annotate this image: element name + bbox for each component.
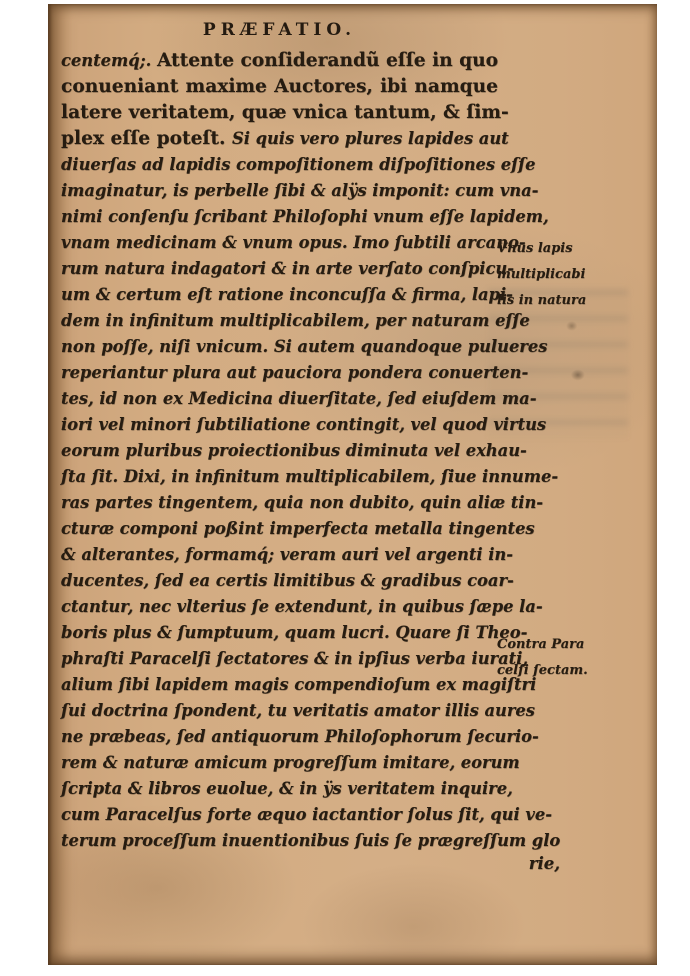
text-line: diuerſas ad lapidis compoſitionem diſpoſ… (61, 152, 498, 178)
text-line: non poſſe, niſi vnicum. Si autem quandoq… (61, 334, 498, 360)
margin-note-contra-paracelsi: Contra Paracelſi ſectam. (497, 632, 615, 684)
text-line: rum natura indagatori & in arte verſato … (61, 256, 498, 282)
text-line: alium ſibi lapidem magis compendioſum ex… (61, 672, 498, 698)
margin-note-line: Contra Para (497, 632, 615, 658)
text-line: ſcripta & libros euolue, & in ÿs veritat… (61, 776, 498, 802)
text-line: & alterantes, formamq́; veram auri vel a… (61, 542, 498, 568)
text-line: um & certum eſt ratione inconcuſſa & fir… (61, 282, 498, 308)
book-page: PRÆFATIO. centemq́;. Attente conſiderand… (48, 4, 657, 965)
text-line: cum Paracelſus forte æquo iactantior ſol… (61, 802, 498, 828)
text-line: iori vel minori ſubtiliatione contingit,… (61, 412, 498, 438)
margin-note-line: lis in natura (497, 288, 615, 314)
text-line: dem in infinitum multiplicabilem, per na… (61, 308, 498, 334)
text-line: ne præbeas, ſed antiquorum Philoſophorum… (61, 724, 498, 750)
text-line: ctantur, nec vlterius ſe extendunt, in q… (61, 594, 498, 620)
text-line: rem & naturæ amicum progreſſum imitare, … (61, 750, 498, 776)
text-line: latere veritatem, quæ vnica tantum, & ſi… (61, 100, 498, 126)
catchword: rie, (468, 854, 560, 873)
text-line: imaginatur, is perbelle ſibi & alÿs impo… (61, 178, 498, 204)
text-line: reperiantur plura aut pauciora pondera c… (61, 360, 498, 386)
text-line: boris plus & ſumptuum, quam lucri. Quare… (61, 620, 498, 646)
text-line: eorum pluribus proiectionibus diminuta v… (61, 438, 498, 464)
margin-note-line: multiplicabi (497, 262, 615, 288)
margin-note-line: celſi ſectam. (497, 658, 615, 684)
text-line: tes, id non ex Medicina diuerſitate, ſed… (61, 386, 498, 412)
text-line: vnam medicinam & vnum opus. Imo ſubtili … (61, 230, 498, 256)
main-text: centemq́;. Attente conſiderandũ eſſe in … (61, 48, 498, 854)
text-line: ducentes, ſed ea certis limitibus & grad… (61, 568, 498, 594)
text-line: ſta ſit. Dixi, in infinitum multiplicabi… (61, 464, 498, 490)
text-line: conueniant maxime Auctores, ibi namque (61, 74, 498, 100)
margin-note-unus-lapis: Vnus lapismultiplicabilis in natura (497, 236, 615, 314)
text-line: ſui doctrina ſpondent, tu veritatis amat… (61, 698, 498, 724)
text-line: ras partes tingentem, quia non dubito, q… (61, 490, 498, 516)
text-line: phraſti Paracelſi ſectatores & in ipſius… (61, 646, 498, 672)
text-line: cturæ componi poßint imperfecta metalla … (61, 516, 498, 542)
text-line: nimi conſenſu ſcribant Philoſophi vnum e… (61, 204, 498, 230)
text-line: terum proceſſum inuentionibus ſuis ſe pr… (61, 828, 498, 854)
text-line: centemq́;. Attente conſiderandũ eſſe in … (61, 48, 498, 74)
scan-background: PRÆFATIO. centemq́;. Attente conſiderand… (0, 0, 690, 976)
page-header: PRÆFATIO. (61, 20, 498, 40)
text-line: plex eſſe poteſt. Si quis vero plures la… (61, 126, 498, 152)
margin-note-line: Vnus lapis (497, 236, 615, 262)
